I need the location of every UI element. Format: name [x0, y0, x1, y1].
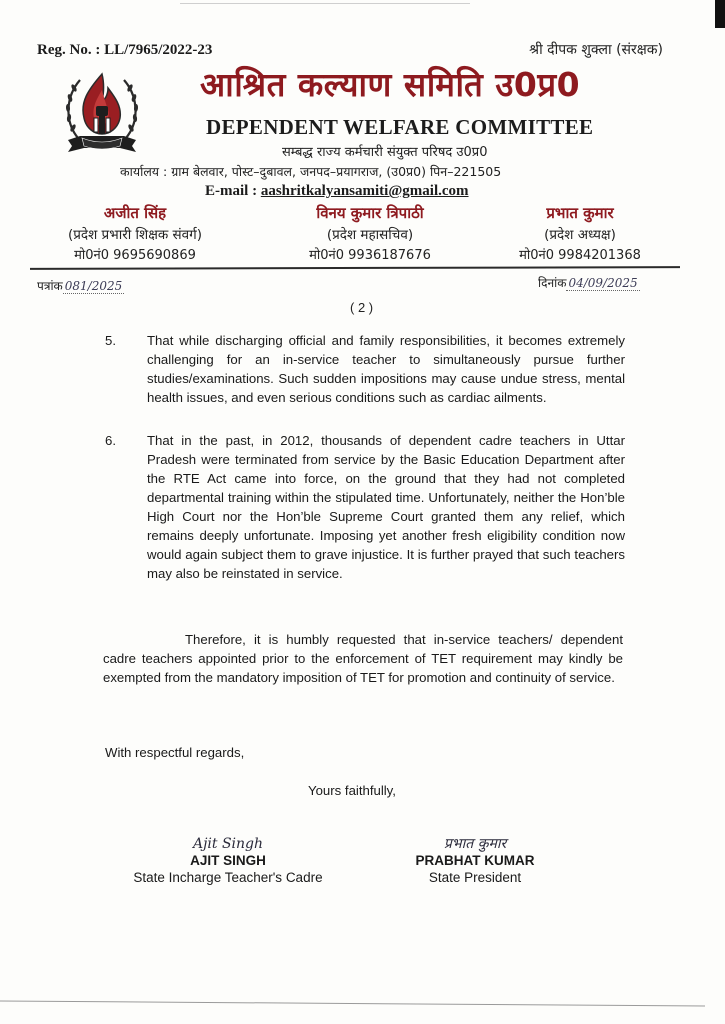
officer-role: (प्रदेश प्रभारी शिक्षक संवर्ग) [30, 225, 240, 243]
handwritten-signature: प्रभात कुमार [395, 835, 555, 853]
organization-name-hindi: आश्रित कल्याण समिति उ0प्र0 [200, 68, 580, 101]
signatory-prabhat-kumar: प्रभात कुमार PRABHAT KUMAR State Preside… [395, 835, 555, 885]
reference-number: पत्रांक081/2025 [37, 277, 124, 294]
paragraph-number: 6. [105, 431, 116, 450]
paragraph-number: 5. [105, 331, 116, 350]
officer-vinay-kumar-tripathi: विनय कुमार त्रिपाठी (प्रदेश महासचिव) मो0… [265, 203, 475, 263]
handwritten-signature: Ajit Singh [118, 835, 338, 853]
date-label: दिनांक [538, 276, 566, 290]
page-number: ( 2 ) [350, 300, 373, 315]
patron-name: श्री दीपक शुक्ला (संरक्षक) [529, 40, 663, 59]
conclusion-paragraph: Therefore, it is humbly requested that i… [103, 630, 623, 687]
officer-role: (प्रदेश महासचिव) [265, 225, 475, 243]
officer-phone: मो0नं0 9695690869 [30, 245, 240, 263]
signatory-title: State Incharge Teacher's Cadre [118, 870, 338, 885]
organization-name-english: DEPENDENT WELFARE COMMITTEE [206, 115, 593, 140]
scan-artifact-line [180, 3, 470, 4]
officer-prabhat-kumar: प्रभात कुमार (प्रदेश अध्यक्ष) मो0नं0 998… [480, 203, 680, 263]
signatory-ajit-singh: Ajit Singh AJIT SINGH State Incharge Tea… [118, 835, 338, 885]
email-label: E-mail : [205, 183, 261, 199]
registration-number: Reg. No. : LL/7965/2022-23 [37, 42, 212, 59]
email-link[interactable]: aashritkalyansamiti@gmail.com [261, 183, 469, 199]
scan-corner-mark [715, 0, 725, 28]
officers-row: अजीत सिंह (प्रदेश प्रभारी शिक्षक संवर्ग)… [30, 203, 680, 263]
officer-phone: मो0नं0 9984201368 [480, 245, 680, 263]
email-line: E-mail : aashritkalyansamiti@gmail.com [205, 183, 469, 200]
affiliation-line: सम्बद्ध राज्य कर्मचारी संयुक्त परिषद उ0प… [282, 142, 487, 160]
office-address: कार्यालय : ग्राम बेलवार, पोस्ट–दुबावल, ज… [120, 163, 501, 180]
officer-ajit-singh: अजीत सिंह (प्रदेश प्रभारी शिक्षक संवर्ग)… [30, 203, 240, 263]
header-divider [30, 266, 680, 270]
date-value: 04/09/2025 [566, 276, 639, 291]
officer-name: विनय कुमार त्रिपाठी [265, 203, 475, 223]
reference-label: पत्रांक [37, 279, 63, 293]
flame-fist-emblem-icon [58, 66, 146, 156]
yours-faithfully-line: Yours faithfully, [308, 781, 396, 800]
officer-name: प्रभात कुमार [480, 203, 680, 223]
officer-name: अजीत सिंह [30, 203, 240, 223]
officer-role: (प्रदेश अध्यक्ष) [480, 225, 680, 243]
paragraph-text: That while discharging official and fami… [147, 331, 625, 407]
letter-date: दिनांक04/09/2025 [538, 274, 640, 291]
letter-page: Reg. No. : LL/7965/2022-23 श्री दीपक शुक… [0, 0, 725, 1024]
paragraph-text: That in the past, in 2012, thousands of … [147, 431, 625, 583]
scan-edge-line [0, 1001, 705, 1007]
officer-phone: मो0नं0 9936187676 [265, 245, 475, 263]
reference-value: 081/2025 [63, 279, 125, 294]
signatory-title: State President [395, 870, 555, 885]
regards-line: With respectful regards, [105, 743, 244, 762]
signatory-name: AJIT SINGH [118, 853, 338, 868]
signatory-name: PRABHAT KUMAR [395, 853, 555, 868]
